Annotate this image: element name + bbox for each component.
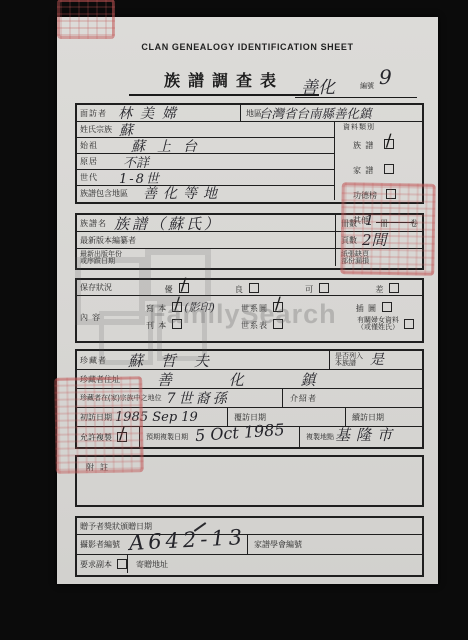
listed-label-line1: 是否列入 — [335, 353, 363, 360]
checkbox-good — [249, 283, 259, 293]
checkbox-illustrations — [382, 302, 392, 312]
followup-label: 續訪日期 — [349, 412, 387, 423]
category-item: 族 譜 — [350, 135, 418, 153]
chinese-title: 族譜調查表 — [129, 68, 319, 96]
status-option: 良 — [232, 279, 261, 297]
status-option-label: 可 — [302, 285, 317, 294]
society-no-label: 家譜學會編號 — [251, 539, 305, 550]
red-seal-stamp — [57, 0, 115, 39]
category-item: 家 譜 — [350, 160, 418, 178]
category-item-label: 族 譜 — [350, 141, 377, 150]
interviewer-label: 面訪者 — [77, 108, 110, 119]
sheet-no-value: 9 — [379, 65, 392, 89]
listed-label-line2: 本族譜 — [335, 360, 356, 367]
category-item-label: 家 譜 — [350, 166, 377, 175]
introducer-label: 介紹者 — [287, 393, 320, 404]
origin-label: 原居 — [77, 156, 101, 167]
sheet-number: 善化 編號 9 — [295, 67, 417, 98]
english-title: CLAN GENEALOGY IDENTIFICATION SHEET — [57, 42, 438, 52]
copy-place-value: 基隆市 — [335, 424, 398, 445]
content-item: 有關婦女資料（或僅姓氏） — [323, 315, 420, 333]
checkbox-fair — [319, 283, 329, 293]
admin-table: 贈予者獎狀頒贈日期 攝影者編號 家譜學會編號 要求副本 寄贈地址 A642-13 — [75, 516, 424, 577]
scanned-document-viewer: { "colors": { "paper": "#d9d8d5", "stamp… — [0, 0, 468, 640]
red-seal-stamp — [340, 182, 436, 276]
red-seal-stamp — [54, 376, 144, 474]
familysearch-text-watermark: FamilySearch — [149, 299, 337, 330]
area-value: 台灣省台南縣善化鎮 — [259, 104, 372, 122]
genealogy-name-label: 族譜名 — [77, 218, 110, 229]
checkbox-genealogy — [384, 139, 394, 149]
ancestor-label: 始祖 — [77, 140, 101, 151]
compiler-label: 最新版本編纂者 — [77, 235, 139, 246]
copy-place-label: 複製地點 — [303, 434, 337, 441]
content-item-label: 有關婦女資料 — [357, 317, 399, 324]
checkbox-family-record — [384, 164, 394, 174]
owner-address-value: 善 化 鎮 — [157, 369, 342, 390]
scanned-form-page: CLAN GENEALOGY IDENTIFICATION SHEET 族譜調查… — [57, 17, 438, 584]
status-option: 可 — [302, 279, 331, 297]
checkbox-women-data — [404, 319, 414, 329]
surname-label: 姓氏宗族 — [77, 124, 115, 135]
content-item-label: 插 圖 — [353, 304, 380, 313]
generations-label: 世代 — [77, 172, 101, 183]
genealogy-name-value: 族譜（蘇氏） — [114, 213, 222, 234]
status-option-label: 良 — [232, 285, 247, 294]
locality-handwritten: 善化 — [301, 73, 335, 98]
mail-address-label: 寄贈地址 — [133, 559, 171, 570]
content-item-note: （或僅姓氏） — [357, 324, 399, 331]
checkbox-request-copy — [117, 559, 127, 569]
status-option: 差 — [372, 279, 401, 297]
content-item: 插 圖 — [323, 298, 420, 316]
copy-date-label: 預期複製日期 — [143, 434, 191, 441]
position-value: 7世裔孫 — [167, 388, 230, 408]
request-copy-label: 要求副本 — [77, 559, 115, 570]
checkbox-poor — [389, 283, 399, 293]
sheet-no-label: 編號 — [357, 81, 377, 91]
coverage-label: 族譜包含地區 — [77, 188, 131, 199]
status-option-label: 差 — [372, 285, 387, 294]
listed-label: 是否列入 本族譜 — [332, 353, 366, 367]
category-label: 資料類別 — [340, 124, 418, 131]
listed-value: 是 — [370, 349, 384, 369]
photographer-no-label: 攝影者編號 — [77, 539, 123, 550]
coverage-value: 善化等地 — [143, 183, 223, 203]
